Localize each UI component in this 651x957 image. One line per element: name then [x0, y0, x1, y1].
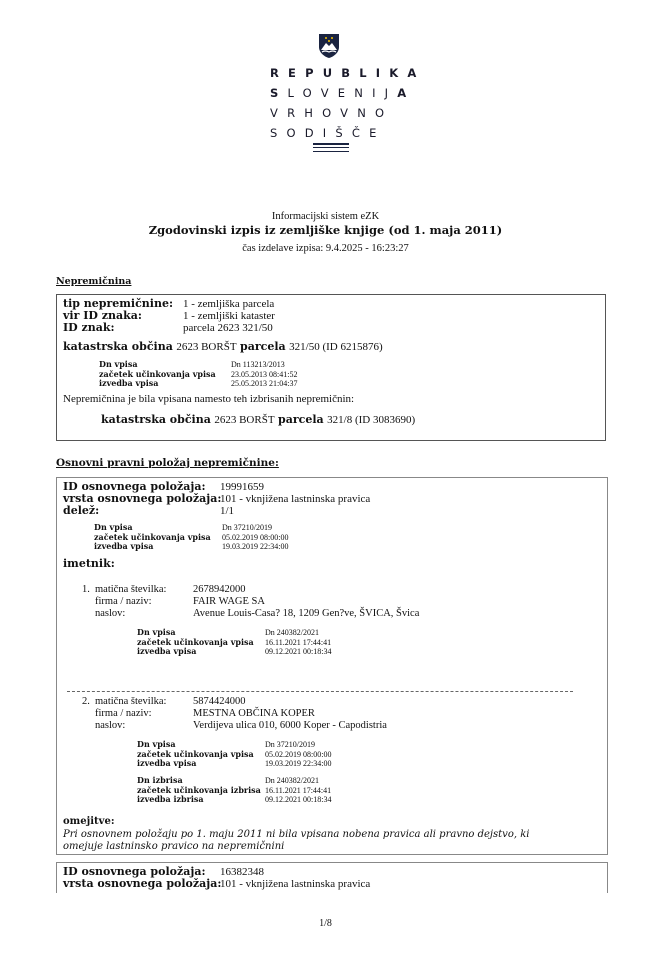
property-field: ID znak:parcela 2623 321/50	[63, 322, 275, 334]
replaced-note: Nepremičnina je bila vpisana namesto teh…	[63, 393, 354, 405]
position-field: delež:1/1	[63, 505, 370, 517]
logo-slovenija: SLOVENIJA	[270, 86, 415, 100]
property-entry-info: Dn vpisaDn 113213/2013 začetek učinkovan…	[99, 360, 297, 389]
position-field: vrsta osnovnega položaja:101 - vknjižena…	[63, 878, 370, 890]
restrictions-title: omejitve:	[63, 816, 115, 827]
holder-item: 1.matična številka:2678942000 firma / na…	[82, 584, 419, 620]
replaced-parcel: katastrska občina 2623 BORŠT parcela 321…	[101, 414, 415, 426]
creation-time: čas izdelave izpisa: 9.4.2025 - 16:23:27	[0, 243, 651, 254]
holder-item: 2.matična številka:5874424000 firma / na…	[82, 696, 387, 732]
restrictions-text: Pri osnovnem položaju po 1. maju 2011 ni…	[63, 829, 563, 852]
logo-sodisce: SODIŠČE	[270, 126, 386, 140]
system-name: Informacijski sistem eZK	[0, 211, 651, 222]
legal-position-box: ID osnovnega položaja:19991659 vrsta osn…	[56, 477, 608, 855]
logo-republika: REPUBLIKA	[270, 66, 425, 80]
legal-position-box-2: ID osnovnega položaja:16382348 vrsta osn…	[56, 862, 608, 893]
holder-deletion-info: Dn izbrisaDn 240382/2021 začetek učinkov…	[137, 776, 331, 805]
document-title: Zgodovinski izpis iz zemljiške knjige (o…	[0, 223, 651, 237]
holder-entry-info: Dn vpisaDn 240382/2021 začetek učinkovan…	[137, 628, 331, 657]
page-number: 1/8	[0, 918, 651, 929]
slovenia-coat-of-arms-icon	[318, 33, 340, 59]
cadastral-line: katastrska občina 2623 BORŠT parcela 321…	[63, 341, 383, 353]
holder-entry-info: Dn vpisaDn 37210/2019 začetek učinkovanj…	[137, 740, 331, 769]
logo-vrhovno: VRHOVNO	[270, 106, 393, 120]
position-entry-info: Dn vpisaDn 37210/2019 začetek učinkovanj…	[94, 523, 288, 552]
holders-title: imetnik:	[63, 558, 115, 570]
logo-stripes	[313, 143, 349, 154]
position-field: vrsta osnovnega položaja:101 - vknjižena…	[63, 493, 370, 505]
holder-separator	[67, 691, 573, 692]
legal-section-title: Osnovni pravni položaj nepremičnine:	[56, 457, 279, 469]
property-box: tip nepremičnine:1 - zemljiška parcela v…	[56, 294, 606, 441]
property-section-title: Nepremičnina	[56, 276, 131, 287]
